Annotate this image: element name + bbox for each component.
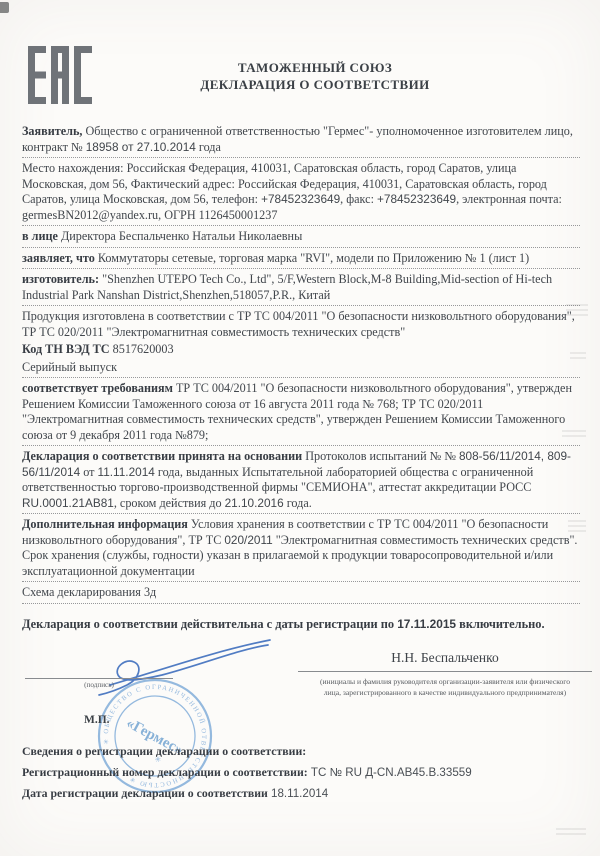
paragraph-complies-with: соответствует требованиям ТР ТС 004/2011… — [22, 381, 580, 446]
title-line-2: ДЕКЛАРАЦИЯ О СООТВЕТСТВИИ — [15, 76, 600, 93]
stamp-place-label: М.П. — [84, 714, 110, 726]
text-segment: Директора Беспальченко Натальи Николаевн… — [61, 229, 302, 243]
text-segment: заявляет, что — [22, 251, 98, 265]
registration-number-row: Регистрационный номер декларации о соотв… — [22, 765, 582, 780]
scan-artifact — [568, 520, 586, 532]
scan-artifact — [556, 828, 586, 837]
declaration-document: ТАМОЖЕННЫЙ СОЮЗ ДЕКЛАРАЦИЯ О СООТВЕТСТВИ… — [0, 0, 600, 856]
text-segment: RU.0001.21АВ81 — [22, 496, 114, 510]
paragraph-in-person: в лице Директора Беспальченко Натальи Ни… — [22, 229, 580, 248]
validity-suffix: включительно. — [456, 617, 545, 631]
registration-date-label: Дата регистрации декларации о соответств… — [22, 786, 268, 800]
text-segment: соответствует требованиям — [22, 381, 176, 395]
text-segment: 11.11.2014 — [98, 465, 155, 479]
text-segment: Серийный выпуск — [22, 360, 117, 374]
text-segment: Код ТН ВЭД ТС — [22, 342, 113, 356]
paragraph-additional-info: Дополнительная информация Условия хранен… — [22, 517, 580, 582]
text-segment: "Shenzhen UTEPO Tech Co., Ltd", 5/F,West… — [22, 272, 552, 302]
scan-artifact — [562, 430, 586, 440]
scan-artifact — [0, 2, 9, 13]
paragraph-declaration-basis: Декларация о соответствии принята на осн… — [22, 449, 580, 514]
paragraph-location: Место нахождения: Российская Федерация, … — [22, 161, 580, 226]
registration-date-row: Дата регистрации декларации о соответств… — [22, 786, 582, 801]
text-segment: 21.10.2016 — [225, 496, 284, 510]
title-line-1: ТАМОЖЕННЫЙ СОЮЗ — [15, 59, 600, 76]
text-segment: +78452323649 — [261, 192, 340, 206]
text-segment: в лице — [22, 229, 61, 243]
validity-date: 17.11.2015 — [397, 617, 456, 631]
text-segment: изготовитель: — [22, 272, 102, 286]
paragraph-manufacturer: изготовитель: "Shenzhen UTEPO Tech Co., … — [22, 272, 580, 306]
document-title: ТАМОЖЕННЫЙ СОЮЗ ДЕКЛАРАЦИЯ О СООТВЕТСТВИ… — [15, 59, 600, 93]
text-segment: 18958 от 27.10.2014 — [86, 140, 196, 154]
registration-block: Сведения о регистрации декларации о соот… — [22, 744, 582, 807]
text-segment: +78452323649 — [377, 192, 456, 206]
head-name-caption-line2: лица, зарегистрированного в качестве инд… — [283, 687, 600, 698]
text-segment: Дополнительная информация — [22, 517, 191, 531]
text-segment: Коммутаторы сетевые, торговая марка "RVI… — [98, 251, 529, 265]
text-segment: Продукция изготовлена в соответствии с Т… — [22, 309, 575, 339]
text-segment: года — [196, 140, 221, 154]
text-segment: 020/2011 — [224, 533, 272, 547]
document-body: Заявитель, Общество с ограниченной ответ… — [22, 124, 580, 607]
paragraph-declares: заявляет, что Коммутаторы сетевые, торго… — [22, 251, 580, 270]
text-segment: года. — [284, 496, 312, 510]
text-segment: Схема декларирования 3д — [22, 585, 156, 599]
text-segment: , факс: — [340, 192, 377, 206]
text-segment: , сроком действия до — [114, 496, 225, 510]
scan-artifact — [570, 352, 586, 360]
paragraph-declaration-scheme: Схема декларирования 3д — [22, 585, 580, 604]
registration-heading: Сведения о регистрации декларации о соот… — [22, 744, 582, 759]
head-name-caption-line1: (инициалы и фамилия руководителя организ… — [283, 676, 600, 687]
registration-date-value: 18.11.2014 — [268, 787, 328, 800]
paragraph-production-regulations: Продукция изготовлена в соответствии с Т… — [22, 309, 580, 340]
text-segment: 8517620003 — [113, 342, 174, 356]
head-name-caption: (инициалы и фамилия руководителя организ… — [283, 676, 600, 698]
paragraph-applicant: Заявитель, Общество с ограниченной ответ… — [22, 124, 580, 158]
text-segment: Протоколов испытаний № № — [305, 449, 459, 463]
registration-number-label: Регистрационный номер декларации о соотв… — [22, 765, 308, 779]
head-name: Н.Н. Беспальченко — [295, 650, 595, 666]
registration-number-value: ТС № RU Д-CN.АВ45.В.33559 — [308, 766, 472, 779]
validity-statement: Декларация о соответствии действительна … — [22, 616, 578, 633]
paragraph-tnved-code: Код ТН ВЭД ТС 8517620003 — [22, 342, 580, 358]
paragraph-serial-release: Серийный выпуск — [22, 360, 580, 379]
head-name-line — [298, 671, 592, 672]
text-segment: Декларация о соответствии принята на осн… — [22, 449, 305, 463]
validity-prefix: Декларация о соответствии действительна … — [22, 617, 397, 631]
text-segment: от — [80, 465, 97, 479]
scan-artifact — [566, 304, 588, 316]
text-segment: Заявитель, — [22, 124, 86, 138]
